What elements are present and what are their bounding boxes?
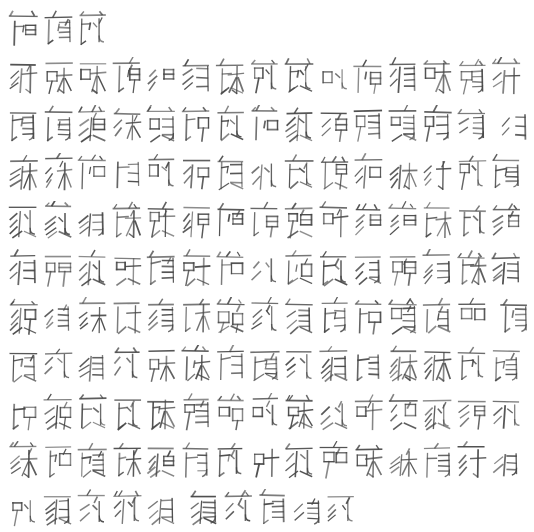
- pseudo-glyph: [353, 345, 383, 385]
- pseudo-glyph: [422, 441, 452, 481]
- pseudo-glyph: [181, 345, 211, 385]
- pseudo-glyph: [43, 489, 73, 529]
- pseudo-glyph: [284, 201, 314, 241]
- pseudo-glyph: [292, 489, 322, 529]
- pseudo-glyph: [112, 441, 142, 481]
- pseudo-glyph: [388, 201, 418, 241]
- pseudo-glyph: [8, 249, 38, 289]
- pseudo-glyph: [422, 297, 452, 337]
- pseudo-glyph: [146, 105, 176, 145]
- pseudo-glyph: [491, 153, 521, 193]
- pseudo-glyph: [188, 489, 218, 529]
- pseudo-glyph: [77, 345, 107, 385]
- pseudo-glyph: [77, 297, 107, 337]
- glyph-word: [8, 105, 487, 145]
- pseudo-glyph: [146, 153, 176, 193]
- pseudo-glyph: [181, 57, 211, 97]
- pseudo-glyph: [353, 201, 383, 241]
- pseudo-glyph: [112, 153, 142, 193]
- text-line: [8, 153, 529, 201]
- glyph-word: [8, 9, 107, 49]
- pseudo-glyph: [181, 105, 211, 145]
- pseudo-glyph: [146, 297, 176, 337]
- pseudo-glyph: [284, 345, 314, 385]
- pseudo-glyph: [250, 393, 280, 433]
- glyph-word: [499, 105, 529, 145]
- pseudo-glyph: [319, 57, 349, 97]
- pseudo-glyph: [8, 393, 38, 433]
- pseudo-glyph: [457, 249, 487, 289]
- pseudo-glyph: [250, 153, 280, 193]
- pseudo-glyph: [112, 57, 142, 97]
- pseudo-glyph: [422, 345, 452, 385]
- pseudo-glyph: [422, 393, 452, 433]
- pseudo-glyph: [491, 345, 521, 385]
- pseudo-glyph: [250, 297, 280, 337]
- pseudo-glyph: [319, 393, 349, 433]
- pseudo-glyph: [8, 441, 38, 481]
- pseudo-glyph: [319, 297, 349, 337]
- pseudo-glyph: [8, 201, 38, 241]
- pseudo-glyph: [215, 105, 245, 145]
- pseudo-glyph: [499, 105, 529, 145]
- pseudo-glyph: [146, 57, 176, 97]
- pseudo-glyph: [146, 249, 176, 289]
- text-line: [8, 393, 529, 441]
- text-line: [8, 105, 529, 153]
- pseudo-glyph: [146, 489, 176, 529]
- pseudo-glyph: [353, 297, 383, 337]
- pseudo-glyph: [77, 249, 107, 289]
- pseudo-glyph: [284, 297, 314, 337]
- pseudo-glyph: [457, 153, 487, 193]
- pseudo-glyph: [388, 57, 418, 97]
- glyph-word: [8, 249, 521, 289]
- pseudo-glyph: [181, 249, 211, 289]
- pseudo-glyph: [388, 393, 418, 433]
- pseudo-glyph: [77, 9, 107, 49]
- pseudo-glyph: [422, 201, 452, 241]
- pseudo-glyph: [43, 105, 73, 145]
- glyph-word: [8, 201, 521, 241]
- pseudo-glyph: [457, 393, 487, 433]
- pseudo-glyph: [43, 153, 73, 193]
- pseudo-glyph: [43, 345, 73, 385]
- pseudo-glyph: [112, 249, 142, 289]
- text-line: [8, 441, 529, 489]
- glyph-word: [8, 441, 521, 481]
- pseudo-glyph: [257, 489, 287, 529]
- pseudo-glyph: [457, 441, 487, 481]
- pseudo-glyph: [8, 345, 38, 385]
- pseudo-glyph: [8, 57, 38, 97]
- pseudo-glyph: [499, 297, 529, 337]
- pseudo-glyph: [457, 345, 487, 385]
- pseudo-glyph: [112, 489, 142, 529]
- glyph-word: [8, 57, 521, 97]
- pseudo-glyph: [215, 153, 245, 193]
- pseudo-glyph: [181, 201, 211, 241]
- pseudo-glyph: [250, 57, 280, 97]
- pseudo-glyph: [422, 57, 452, 97]
- pseudo-glyph: [250, 249, 280, 289]
- pseudo-glyph: [223, 489, 253, 529]
- pseudo-glyph: [284, 57, 314, 97]
- text-line: [8, 489, 529, 532]
- pseudo-glyph: [319, 345, 349, 385]
- glyph-word: [8, 393, 521, 433]
- pseudo-glyph: [284, 249, 314, 289]
- pseudo-glyph: [77, 153, 107, 193]
- pseudo-glyph: [284, 153, 314, 193]
- pseudo-glyph: [77, 393, 107, 433]
- pseudo-glyph: [457, 57, 487, 97]
- pseudo-glyph: [43, 393, 73, 433]
- pseudo-glyph: [388, 441, 418, 481]
- glyph-word: [8, 153, 521, 193]
- pseudo-glyph: [8, 297, 38, 337]
- text-line: [8, 57, 529, 105]
- pseudo-glyph: [422, 249, 452, 289]
- pseudo-glyph: [215, 297, 245, 337]
- pseudo-glyph: [353, 57, 383, 97]
- pseudo-glyph: [215, 249, 245, 289]
- pseudo-glyph: [146, 393, 176, 433]
- pseudo-glyph: [319, 441, 349, 481]
- pseudo-glyph: [491, 393, 521, 433]
- pseudo-glyph: [250, 105, 280, 145]
- pseudo-glyph: [491, 201, 521, 241]
- pseudo-glyph: [491, 57, 521, 97]
- pseudo-glyph: [77, 105, 107, 145]
- pseudo-glyph: [457, 201, 487, 241]
- pseudo-glyph: [43, 297, 73, 337]
- pseudo-glyph: [250, 345, 280, 385]
- pseudo-glyph: [353, 153, 383, 193]
- pseudo-glyph: [353, 249, 383, 289]
- text-line: [8, 249, 529, 297]
- pseudo-glyph: [353, 105, 383, 145]
- text-block: [8, 9, 529, 532]
- pseudo-glyph: [388, 345, 418, 385]
- pseudo-glyph: [146, 201, 176, 241]
- pseudo-glyph: [215, 345, 245, 385]
- pseudo-glyph: [353, 441, 383, 481]
- glyph-word: [499, 297, 529, 337]
- pseudo-glyph: [388, 249, 418, 289]
- pseudo-glyph: [112, 345, 142, 385]
- heading-line: [8, 9, 529, 57]
- pseudo-glyph: [181, 153, 211, 193]
- text-line: [8, 345, 529, 393]
- pseudo-glyph: [77, 441, 107, 481]
- pseudo-glyph: [388, 153, 418, 193]
- pseudo-glyph: [181, 441, 211, 481]
- pseudo-glyph: [8, 489, 38, 529]
- pseudo-glyph: [250, 441, 280, 481]
- pseudo-glyph: [491, 441, 521, 481]
- pseudo-glyph: [43, 57, 73, 97]
- pseudo-glyph: [215, 201, 245, 241]
- pseudo-glyph: [388, 105, 418, 145]
- pseudo-glyph: [112, 201, 142, 241]
- pseudo-glyph: [284, 393, 314, 433]
- pseudo-glyph: [388, 297, 418, 337]
- pseudo-glyph: [146, 441, 176, 481]
- pseudo-glyph: [422, 153, 452, 193]
- pseudo-glyph: [43, 249, 73, 289]
- pseudo-glyph: [457, 297, 487, 337]
- glyph-word: [8, 297, 487, 337]
- text-line: [8, 297, 529, 345]
- pseudo-glyph: [43, 201, 73, 241]
- pseudo-glyph: [353, 393, 383, 433]
- pseudo-glyph: [112, 393, 142, 433]
- pseudo-glyph: [457, 105, 487, 145]
- pseudo-glyph: [250, 201, 280, 241]
- pseudo-glyph: [319, 249, 349, 289]
- pseudo-glyph: [215, 441, 245, 481]
- pseudo-glyph: [112, 297, 142, 337]
- pseudo-glyph: [422, 105, 452, 145]
- glyph-word: [188, 489, 356, 529]
- pseudo-glyph: [319, 105, 349, 145]
- pseudo-glyph: [43, 9, 73, 49]
- pseudo-glyph: [181, 297, 211, 337]
- pseudo-glyph: [77, 57, 107, 97]
- glyph-word: [8, 345, 521, 385]
- pseudo-glyph: [326, 489, 356, 529]
- pseudo-glyph: [146, 345, 176, 385]
- pseudo-glyph: [215, 57, 245, 97]
- pseudo-glyph: [181, 393, 211, 433]
- document-page: [0, 0, 534, 532]
- glyph-word: [8, 489, 176, 529]
- pseudo-glyph: [77, 489, 107, 529]
- pseudo-glyph: [491, 249, 521, 289]
- pseudo-glyph: [112, 105, 142, 145]
- pseudo-glyph: [8, 9, 38, 49]
- pseudo-glyph: [284, 105, 314, 145]
- pseudo-glyph: [319, 201, 349, 241]
- pseudo-glyph: [43, 441, 73, 481]
- pseudo-glyph: [8, 153, 38, 193]
- pseudo-glyph: [77, 201, 107, 241]
- pseudo-glyph: [8, 105, 38, 145]
- text-line: [8, 201, 529, 249]
- pseudo-glyph: [319, 153, 349, 193]
- pseudo-glyph: [284, 441, 314, 481]
- pseudo-glyph: [215, 393, 245, 433]
